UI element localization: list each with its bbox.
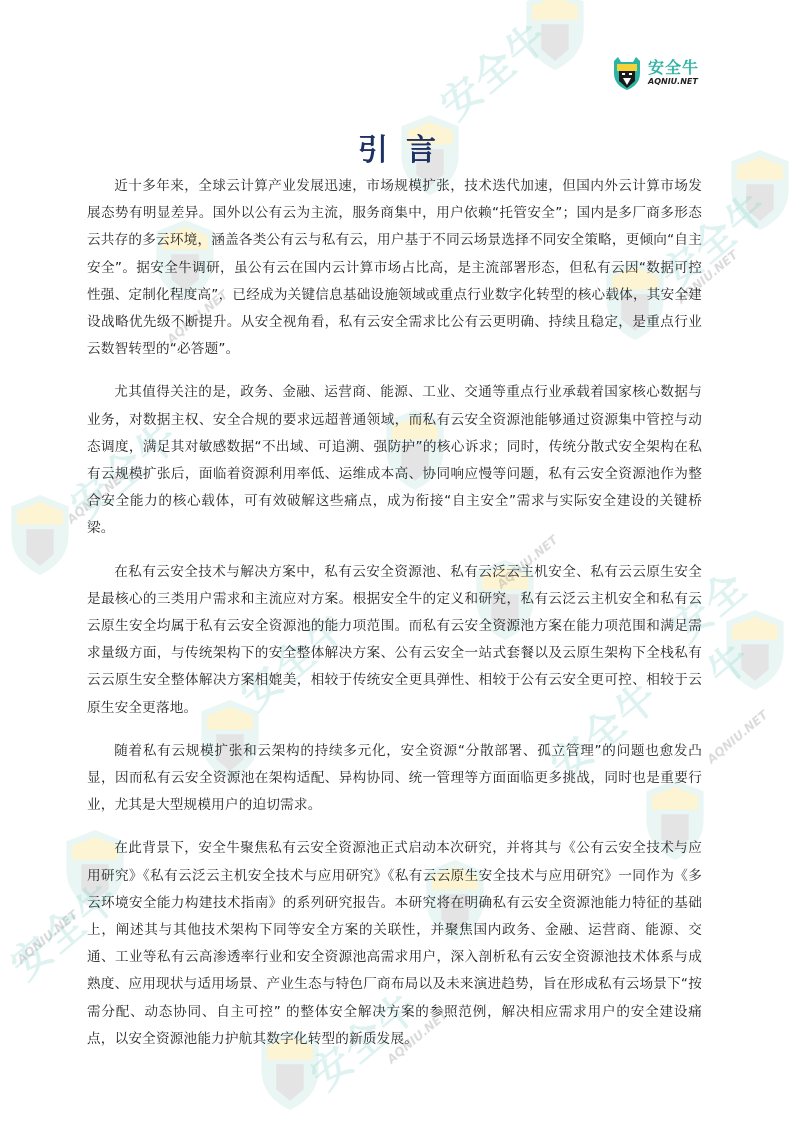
watermark-text: 安全牛	[426, 6, 559, 131]
brand-name-cn: 安全牛	[648, 59, 699, 77]
paragraph: 近十多年来，全球云计算产业发展迅速，市场规模扩张，技术迭代加速，但国内外云计算市…	[87, 173, 702, 363]
brand-name-en: AQNIU.NET	[648, 77, 699, 87]
watermark-subtext: AQNIU.NET	[704, 708, 770, 767]
paragraph: 在私有云安全技术与解决方案中，私有云安全资源池、私有云泛云主机安全、私有云云原生…	[87, 559, 702, 722]
brand-logo: 安全牛 AQNIU.NET	[612, 55, 699, 91]
paragraph: 尤其值得关注的是，政务、金融、运营商、能源、工业、交通等重点行业承载着国家核心数…	[87, 379, 702, 542]
watermark-subtext: AQNIU.NET	[14, 908, 80, 967]
paragraph: 在此背景下，安全牛聚焦私有云安全资源池正式启动本次研究，并将其与《公有云安全技术…	[87, 835, 702, 1053]
watermark-shield-icon	[5, 495, 75, 575]
paragraph: 随着私有云规模扩张和云架构的持续多元化，安全资源“分散部署、孤立管理”的问题也愈…	[87, 738, 702, 820]
watermark-shield-icon	[520, 0, 590, 70]
document-body: 近十多年来，全球云计算产业发展迅速，市场规模扩张，技术迭代加速，但国内外云计算市…	[87, 173, 702, 1069]
shield-mascot-icon	[612, 55, 642, 91]
page-title: 引言	[0, 125, 794, 169]
watermark-shield-icon	[720, 610, 790, 690]
